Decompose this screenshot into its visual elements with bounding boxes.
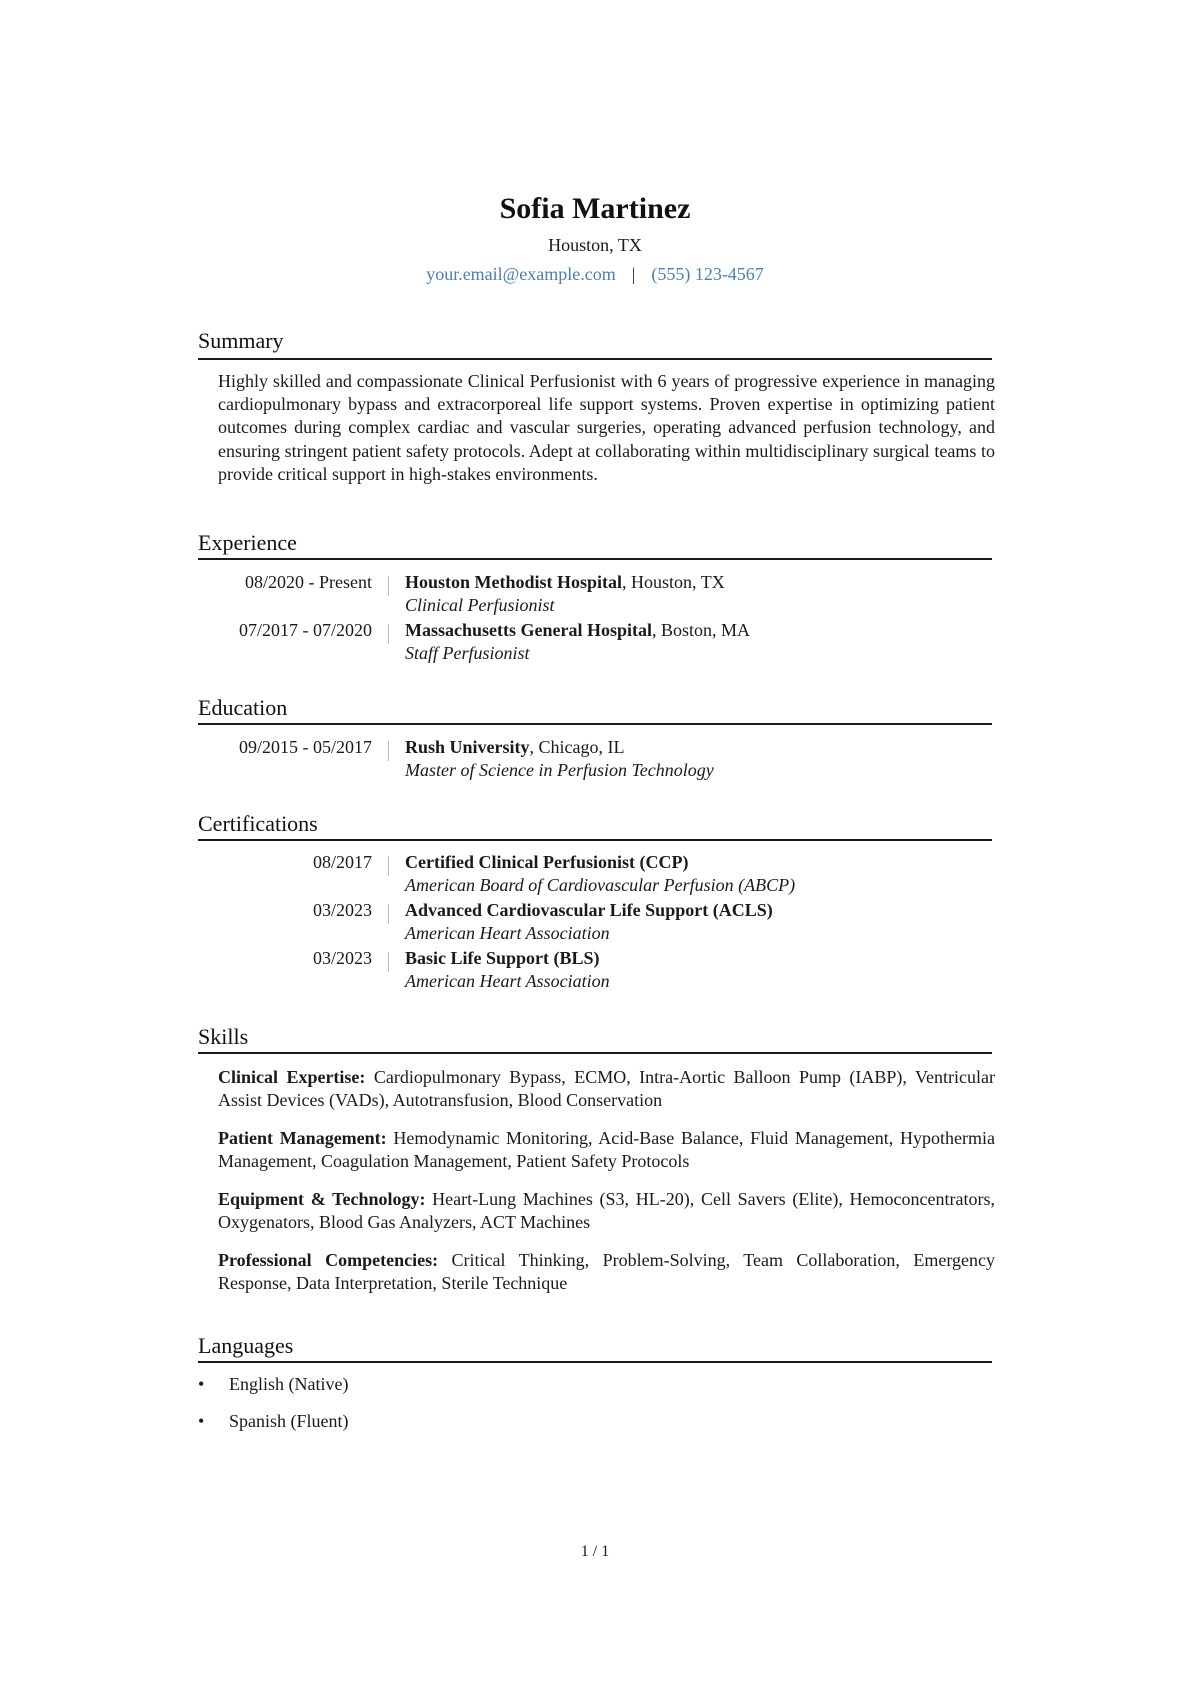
contact-separator: | (632, 264, 636, 284)
cert-name: Basic Life Support (BLS) (405, 948, 600, 968)
skill-group: Equipment & Technology: Heart-Lung Machi… (218, 1188, 995, 1234)
section-title-summary: Summary (198, 328, 284, 354)
phone-link[interactable]: (555) 123-4567 (651, 264, 763, 284)
entry-location: , Houston, TX (622, 572, 725, 592)
entry-org: Massachusetts General Hospital (405, 620, 652, 640)
skill-label: Equipment & Technology: (218, 1189, 425, 1209)
summary-text: Highly skilled and compassionate Clinica… (218, 370, 995, 486)
entry-issuer: American Heart Association (405, 923, 610, 944)
section-title-skills: Skills (198, 1024, 248, 1050)
entry-org: Rush University (405, 737, 530, 757)
entry-divider (388, 952, 389, 972)
entry-degree: Master of Science in Perfusion Technolog… (405, 760, 714, 781)
language-text: English (Native) (229, 1374, 348, 1395)
section-title-education: Education (198, 695, 287, 721)
entry-role: Staff Perfusionist (405, 643, 530, 664)
entry-date: 08/2017 (313, 852, 372, 873)
entry-org: Houston Methodist Hospital (405, 572, 622, 592)
section-rule (198, 1052, 992, 1054)
section-rule (198, 358, 992, 360)
entry-divider (388, 856, 389, 876)
entry-location: , Chicago, IL (530, 737, 625, 757)
entry-cert-name: Advanced Cardiovascular Life Support (AC… (405, 900, 773, 921)
entry-divider (388, 624, 389, 644)
entry-date: 08/2020 - Present (245, 572, 372, 593)
entry-org-line: Rush University, Chicago, IL (405, 737, 625, 758)
skill-group: Clinical Expertise: Cardiopulmonary Bypa… (218, 1066, 995, 1112)
candidate-name: Sofia Martinez (0, 192, 1190, 226)
entry-location: , Boston, MA (652, 620, 750, 640)
entry-org-line: Houston Methodist Hospital, Houston, TX (405, 572, 725, 593)
email-link[interactable]: your.email@example.com (426, 264, 616, 284)
entry-cert-name: Certified Clinical Perfusionist (CCP) (405, 852, 688, 873)
entry-date: 09/2015 - 05/2017 (239, 737, 372, 758)
page-number: 1 / 1 (0, 1543, 1190, 1561)
section-rule (198, 1361, 992, 1363)
entry-divider (388, 576, 389, 596)
entry-divider (388, 904, 389, 924)
contact-line: your.email@example.com|(555) 123-4567 (0, 264, 1190, 285)
skill-group: Professional Competencies: Critical Thin… (218, 1249, 995, 1295)
candidate-location: Houston, TX (0, 235, 1190, 256)
entry-divider (388, 741, 389, 761)
bullet-icon: • (198, 1411, 204, 1432)
entry-issuer: American Heart Association (405, 971, 610, 992)
section-rule (198, 558, 992, 560)
skill-label: Patient Management: (218, 1128, 387, 1148)
section-title-languages: Languages (198, 1333, 293, 1359)
section-rule (198, 839, 992, 841)
skill-label: Clinical Expertise: (218, 1067, 365, 1087)
section-rule (198, 723, 992, 725)
section-title-experience: Experience (198, 530, 297, 556)
cert-name: Certified Clinical Perfusionist (CCP) (405, 852, 688, 872)
entry-date: 07/2017 - 07/2020 (239, 620, 372, 641)
section-title-certifications: Certifications (198, 811, 318, 837)
entry-org-line: Massachusetts General Hospital, Boston, … (405, 620, 750, 641)
entry-role: Clinical Perfusionist (405, 595, 555, 616)
entry-issuer: American Board of Cardiovascular Perfusi… (405, 875, 795, 896)
skill-group: Patient Management: Hemodynamic Monitori… (218, 1127, 995, 1173)
skill-label: Professional Competencies: (218, 1250, 438, 1270)
bullet-icon: • (198, 1374, 204, 1395)
entry-date: 03/2023 (313, 900, 372, 921)
cert-name: Advanced Cardiovascular Life Support (AC… (405, 900, 773, 920)
entry-cert-name: Basic Life Support (BLS) (405, 948, 600, 969)
language-text: Spanish (Fluent) (229, 1411, 349, 1432)
entry-date: 03/2023 (313, 948, 372, 969)
